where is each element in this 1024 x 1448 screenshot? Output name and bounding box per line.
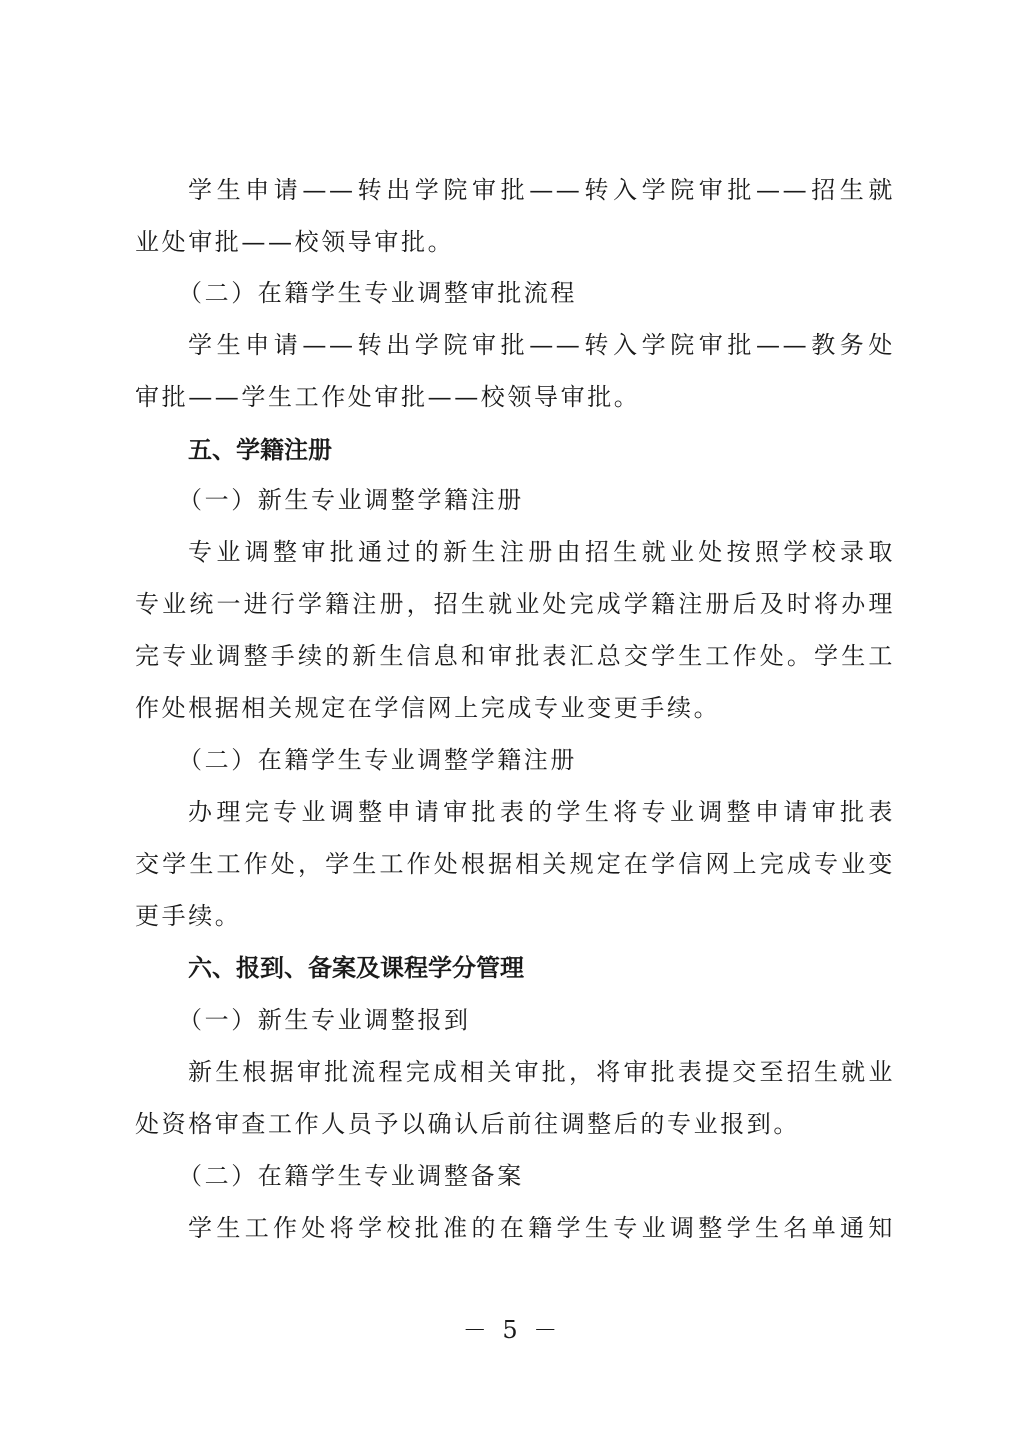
paragraph-line: 办理完专业调整申请审批表的学生将专业调整申请审批表 (188, 786, 895, 838)
document-page: 学生申请——转出学院审批——转入学院审批——招生就 业处审批——校领导审批。 （… (0, 0, 1024, 1448)
paragraph-line: 专业调整审批通过的新生注册由招生就业处按照学校录取 (188, 526, 895, 578)
paragraph-line: 处资格审查工作人员予以确认后前往调整后的专业报到。 (135, 1098, 895, 1150)
paragraph-line: 作处根据相关规定在学信网上完成专业变更手续。 (135, 682, 895, 734)
subheading-enrolled-filing: （二）在籍学生专业调整备案 (178, 1150, 885, 1202)
paragraph-line: 完专业调整手续的新生信息和审批表汇总交学生工作处。学生工 (135, 630, 895, 682)
paragraph-line: 新生根据审批流程完成相关审批，将审批表提交至招生就业 (188, 1046, 895, 1098)
page-number: － 5 － (0, 1312, 1024, 1348)
paragraph-line: 专业统一进行学籍注册，招生就业处完成学籍注册后及时将办理 (135, 578, 895, 630)
subheading-enrolled-registration: （二）在籍学生专业调整学籍注册 (178, 734, 885, 786)
paragraph-line: 审批——学生工作处审批——校领导审批。 (135, 371, 895, 423)
paragraph-line: 学生申请——转出学院审批——转入学院审批——招生就 (188, 164, 895, 216)
paragraph-line: 业处审批——校领导审批。 (135, 216, 895, 268)
section-heading-6: 六、报到、备案及课程学分管理 (188, 942, 895, 994)
subheading-new-student-registration: （一）新生专业调整学籍注册 (178, 474, 885, 526)
paragraph-line: 交学生工作处，学生工作处根据相关规定在学信网上完成专业变 (135, 838, 895, 890)
paragraph-line: 学生工作处将学校批准的在籍学生专业调整学生名单通知 (188, 1202, 895, 1254)
paragraph-line: 学生申请——转出学院审批——转入学院审批——教务处 (188, 319, 895, 371)
subheading-new-student-report: （一）新生专业调整报到 (178, 994, 885, 1046)
paragraph-line: 更手续。 (135, 890, 895, 942)
section-heading-5: 五、学籍注册 (188, 424, 895, 476)
subheading-enrolled-approval-flow: （二）在籍学生专业调整审批流程 (178, 267, 885, 319)
